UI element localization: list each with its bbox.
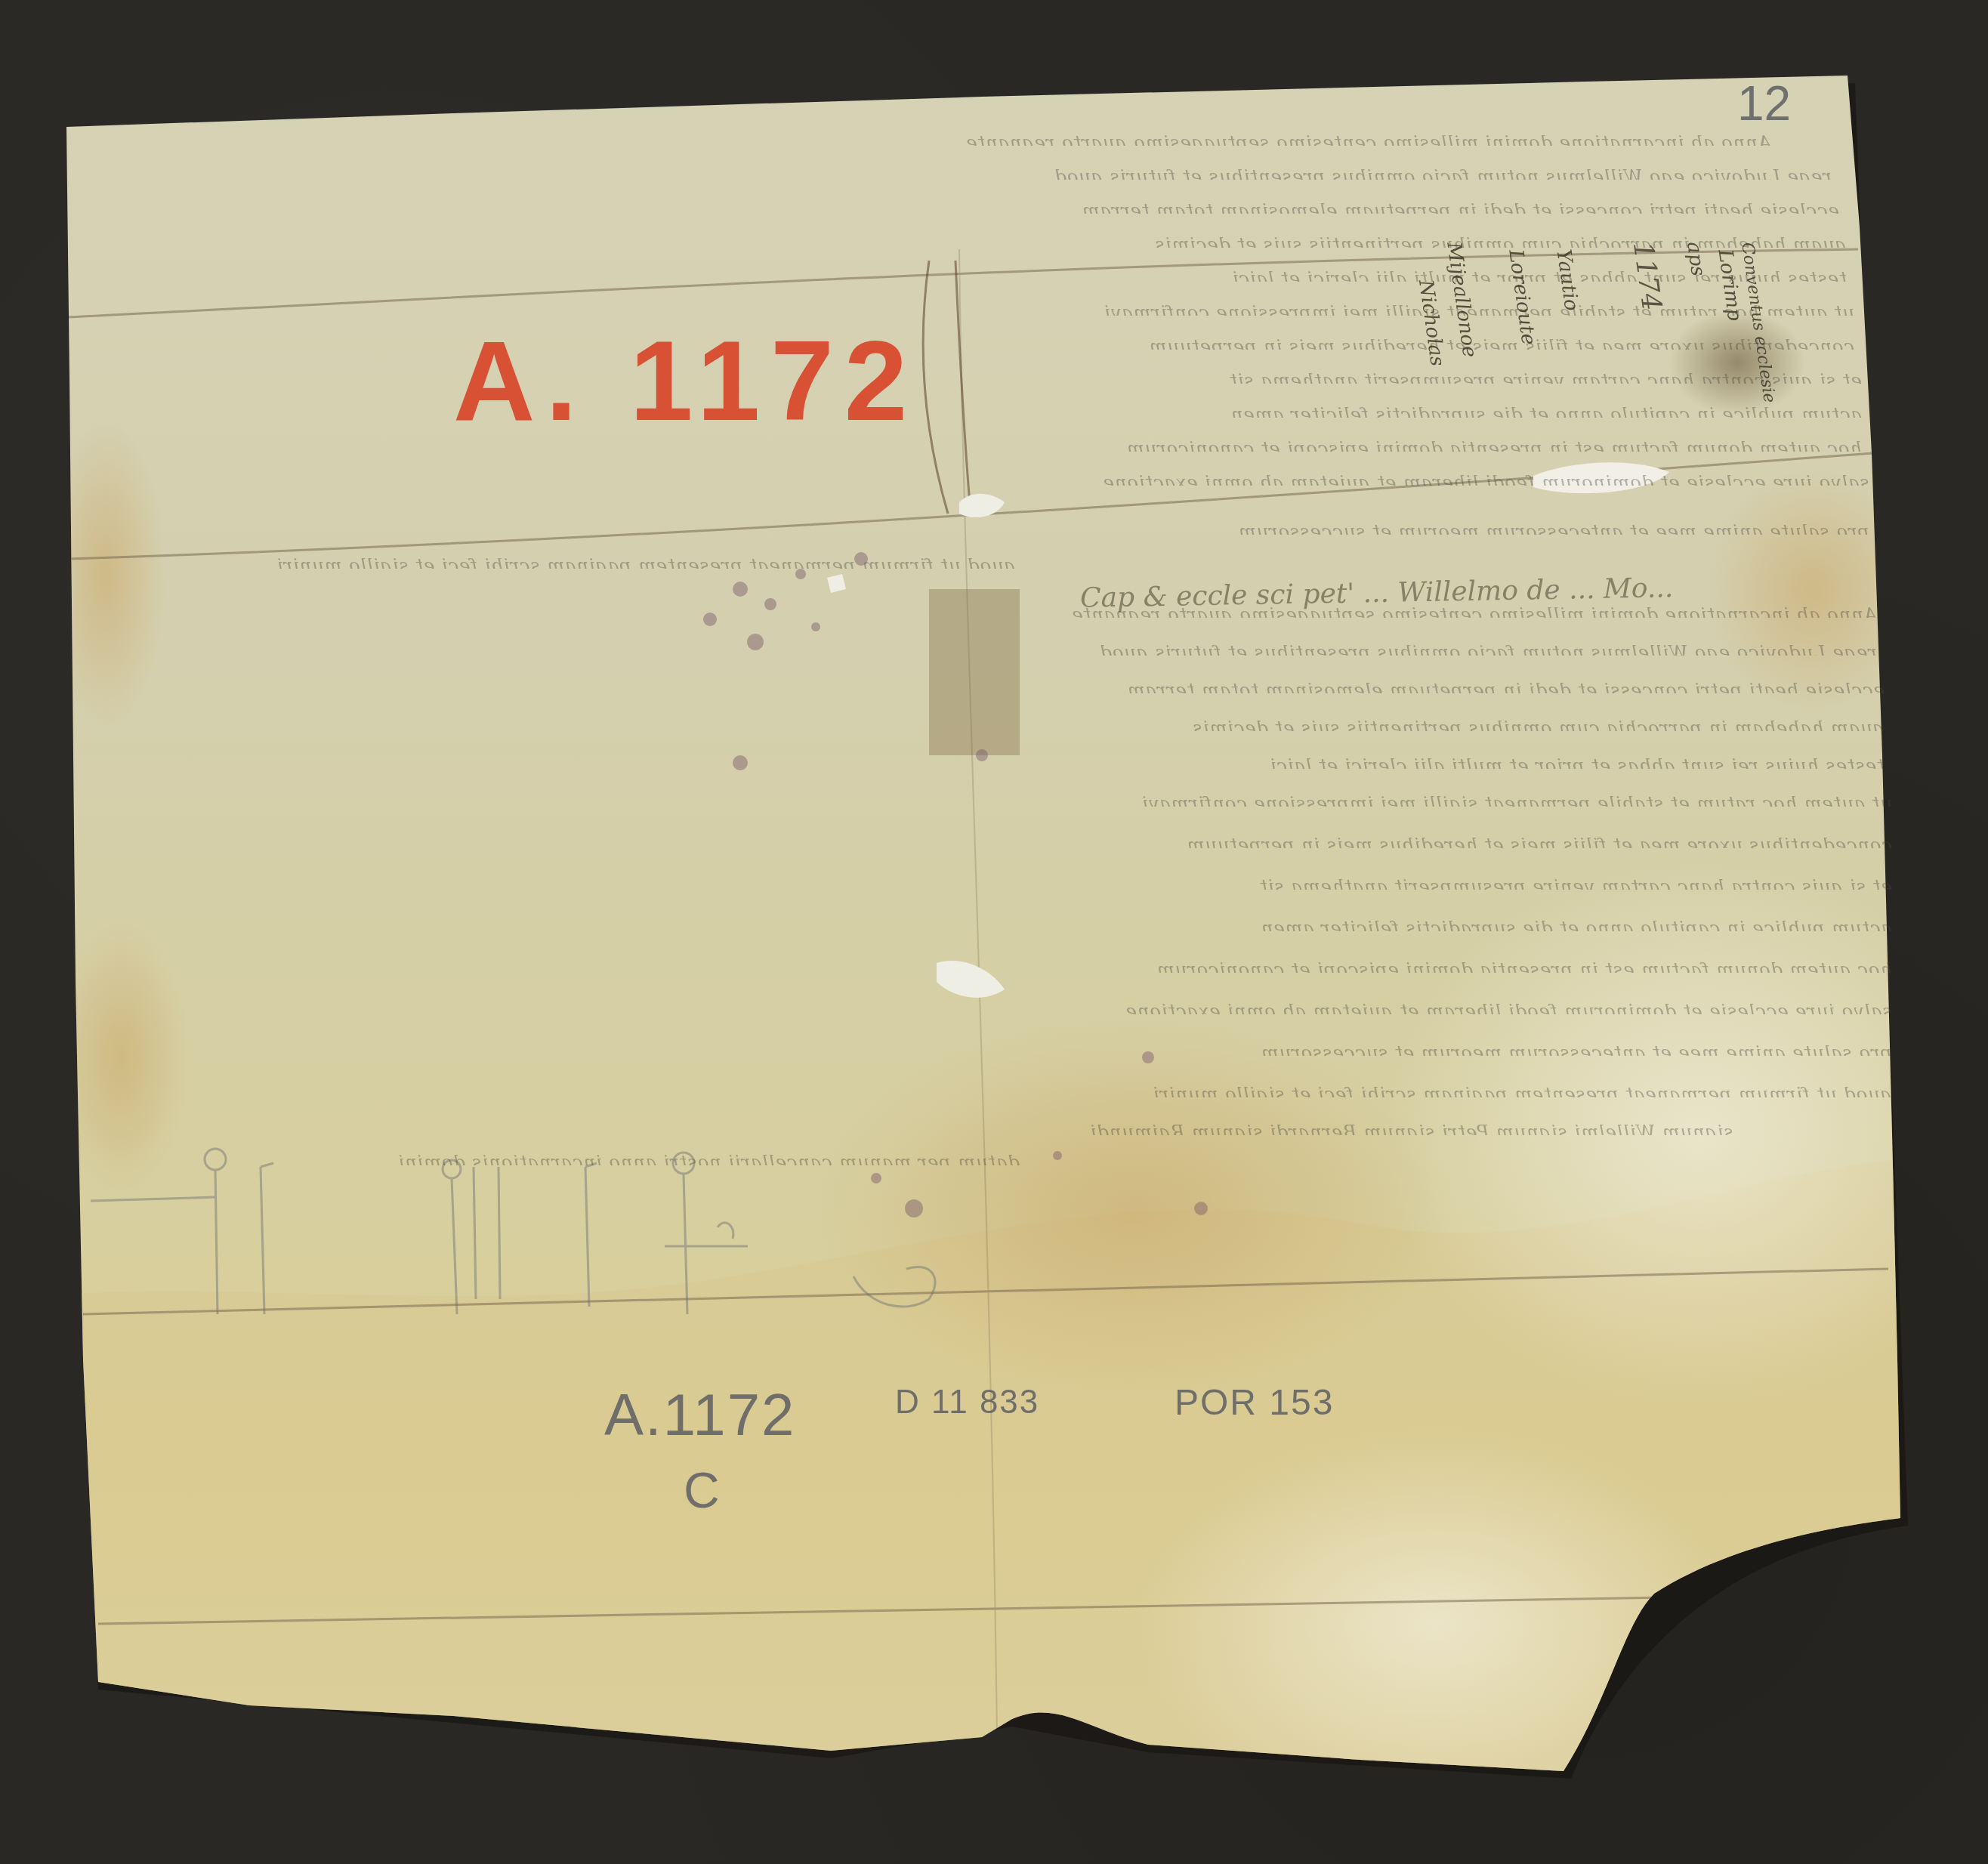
parchment-sheet bbox=[0, 0, 1988, 1864]
pencil-shelfmark: A.1172 bbox=[604, 1381, 795, 1449]
red-archive-label: A. 1172 bbox=[453, 316, 918, 446]
pencil-ref-por: POR 153 bbox=[1175, 1382, 1334, 1424]
pencil-ref-d: D 11 833 bbox=[895, 1384, 1039, 1421]
vertical-note: aps bbox=[1682, 240, 1709, 277]
pencil-subletter: C bbox=[684, 1461, 720, 1519]
corner-number: 12 bbox=[1737, 76, 1791, 131]
